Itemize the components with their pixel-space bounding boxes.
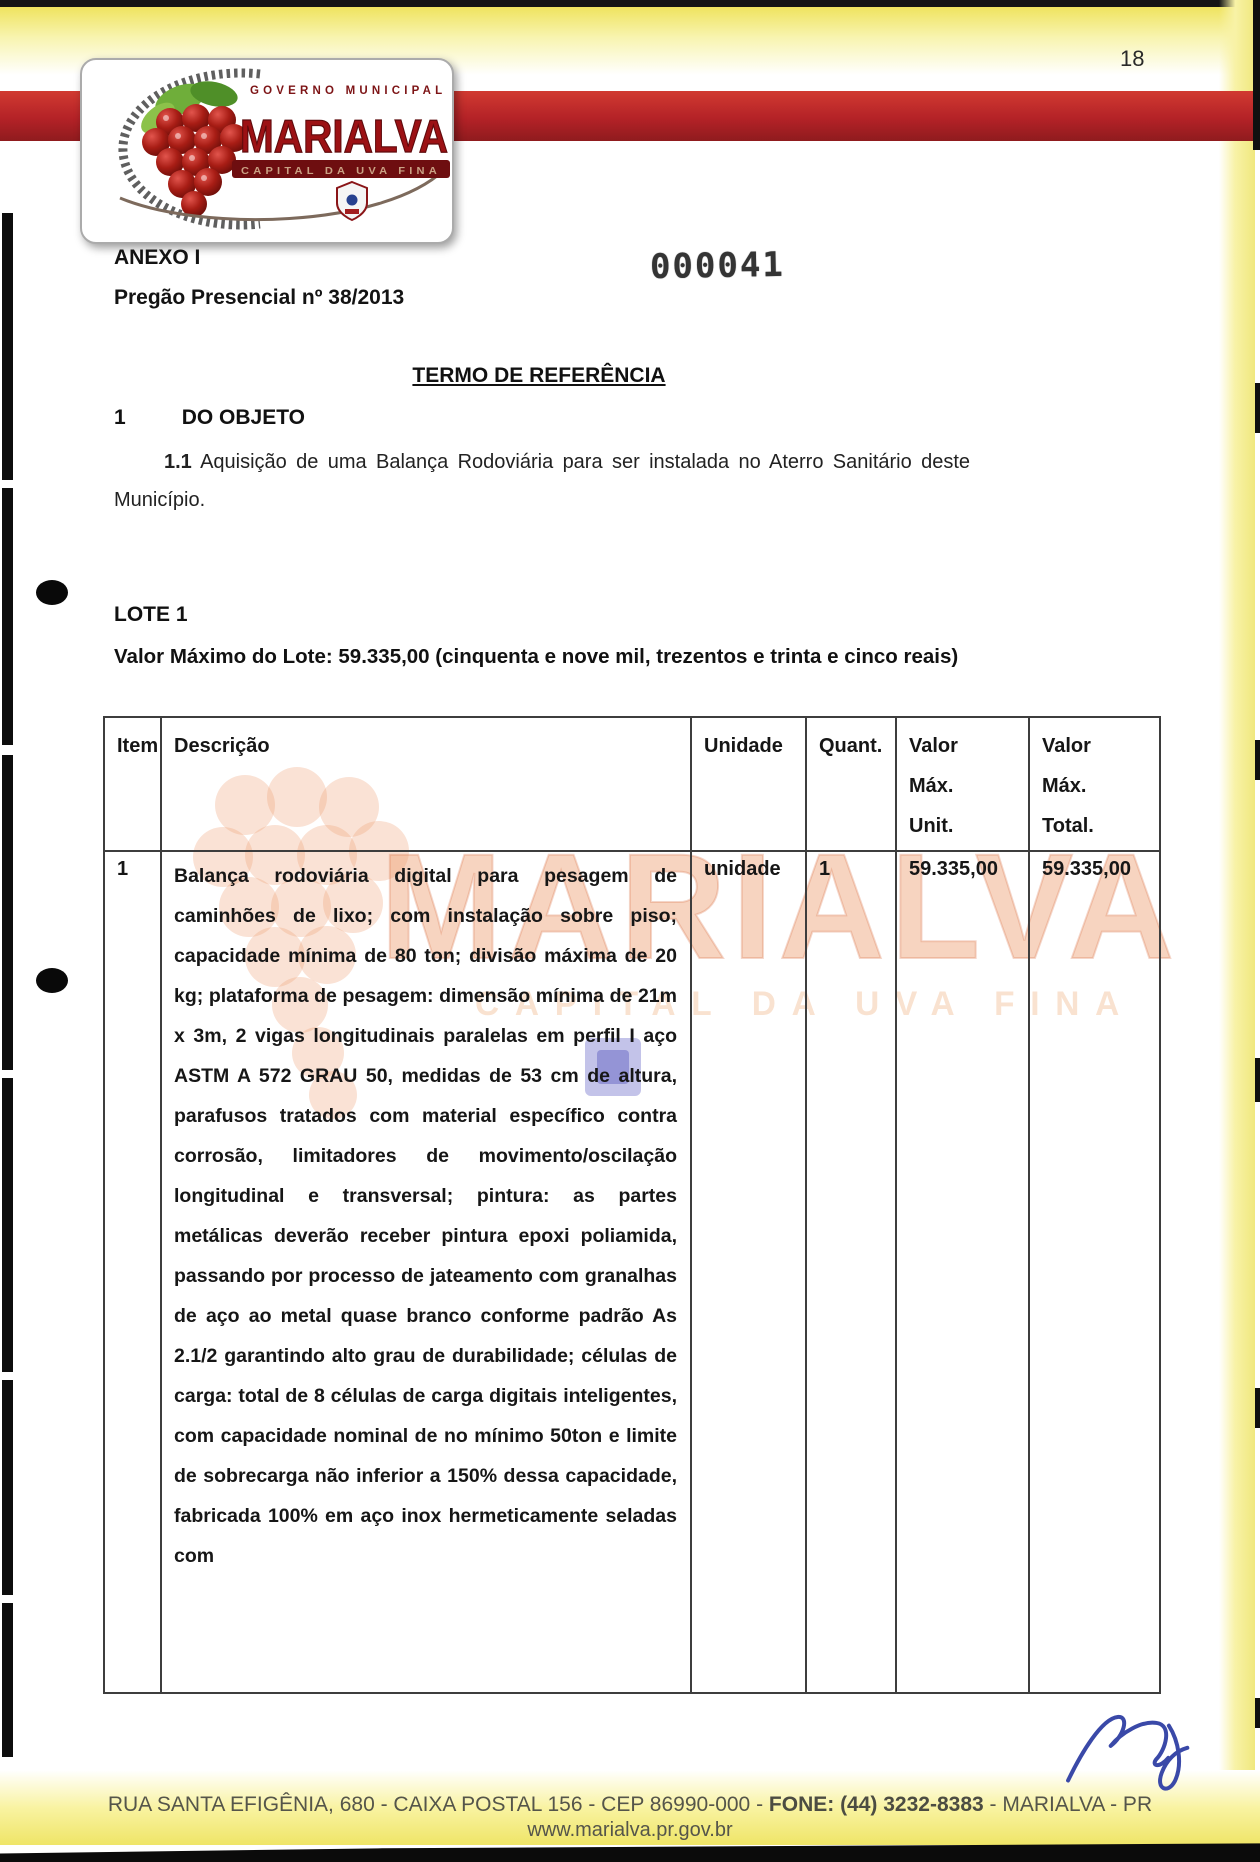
- scan-edge-mark: [1255, 383, 1260, 433]
- scan-bottom-edge: [0, 1843, 1260, 1862]
- footer-address: RUA SANTA EFIGÊNIA, 680 - CAIXA POSTAL 1…: [108, 1793, 769, 1816]
- handwritten-signature: [1048, 1686, 1228, 1808]
- city-crest: [337, 182, 367, 220]
- section-title: DO OBJETO: [182, 406, 305, 429]
- scan-top-edge: [0, 0, 1260, 7]
- scan-left-binding-bar: [2, 488, 13, 745]
- scan-left-binding-bar: [2, 1078, 13, 1372]
- col-header-quant: Quant.: [807, 718, 897, 852]
- clause-text: Aquisição de uma Balança Rodoviária para…: [200, 451, 970, 473]
- annex-label: ANEXO I: [114, 246, 200, 270]
- row-item-valor-max-total: 59.335,00: [1030, 852, 1159, 1692]
- clause-line-2: Município.: [114, 481, 970, 519]
- section-heading: 1DO OBJETO: [114, 406, 305, 430]
- footer-phone: FONE: (44) 3232-8383: [769, 1793, 984, 1816]
- scan-edge-mark: [1255, 1388, 1260, 1428]
- document-title: TERMO DE REFERÊNCIA: [114, 364, 964, 388]
- marialva-logo: GOVERNO MUNICIPAL MARIALVA CAPITAL DA UV…: [80, 58, 454, 244]
- col-header-valor-max-unit: Valor Máx. Unit.: [897, 718, 1030, 852]
- hole-punch: [36, 580, 68, 605]
- logo-government-label: GOVERNO MUNICIPAL: [250, 85, 446, 97]
- col-header-descricao: Descrição: [162, 718, 692, 852]
- clause-line-1: 1.1 Aquisição de uma Balança Rodoviária …: [114, 443, 970, 481]
- col-header-valor-max-total: Valor Máx. Total.: [1030, 718, 1159, 852]
- scan-right-yellow-strip: [1219, 0, 1255, 1862]
- logo-tagline: CAPITAL DA UVA FINA: [241, 165, 441, 177]
- row-item-unidade: unidade: [692, 852, 807, 1692]
- scan-left-binding-bar: [2, 1603, 13, 1757]
- scan-left-binding-bar: [2, 755, 13, 1070]
- scan-edge-mark: [1255, 1698, 1260, 1728]
- clause-number: 1.1: [164, 451, 192, 473]
- col-header-item: Item: [105, 718, 162, 852]
- scan-right-dark-edge: [1253, 0, 1260, 150]
- pregao-reference: Pregão Presencial nº 38/2013: [114, 286, 404, 310]
- scan-left-binding-bar: [2, 1380, 13, 1595]
- lote-label: LOTE 1: [114, 603, 188, 627]
- grape-cluster: [142, 104, 248, 217]
- hole-punch: [36, 968, 68, 993]
- row-item-description: Balança rodoviária digital para pesagem …: [162, 852, 692, 1692]
- reference-table: Item Descrição Unidade Quant. Valor Máx.…: [103, 716, 1161, 1694]
- row-item-valor-max-unit: 59.335,00: [897, 852, 1030, 1692]
- col-header-unidade: Unidade: [692, 718, 807, 852]
- document-stamp-number: 000041: [650, 245, 786, 287]
- row-item-quant: 1: [807, 852, 897, 1692]
- marialva-logo-graphic: GOVERNO MUNICIPAL MARIALVA CAPITAL DA UV…: [82, 60, 452, 242]
- lote-max-value: Valor Máximo do Lote: 59.335,00 (cinquen…: [114, 645, 958, 669]
- section-number: 1: [114, 406, 126, 429]
- clause-1-1: 1.1 Aquisição de uma Balança Rodoviária …: [114, 443, 970, 519]
- scan-edge-mark: [1255, 740, 1260, 780]
- row-item-number: 1: [105, 852, 162, 1692]
- logo-city-name: MARIALVA: [240, 110, 448, 162]
- scan-edge-mark: [1255, 1058, 1260, 1102]
- footer-website: www.marialva.pr.gov.br: [0, 1819, 1260, 1842]
- page-number: 18: [1120, 46, 1144, 72]
- scan-left-binding-bar: [2, 213, 13, 480]
